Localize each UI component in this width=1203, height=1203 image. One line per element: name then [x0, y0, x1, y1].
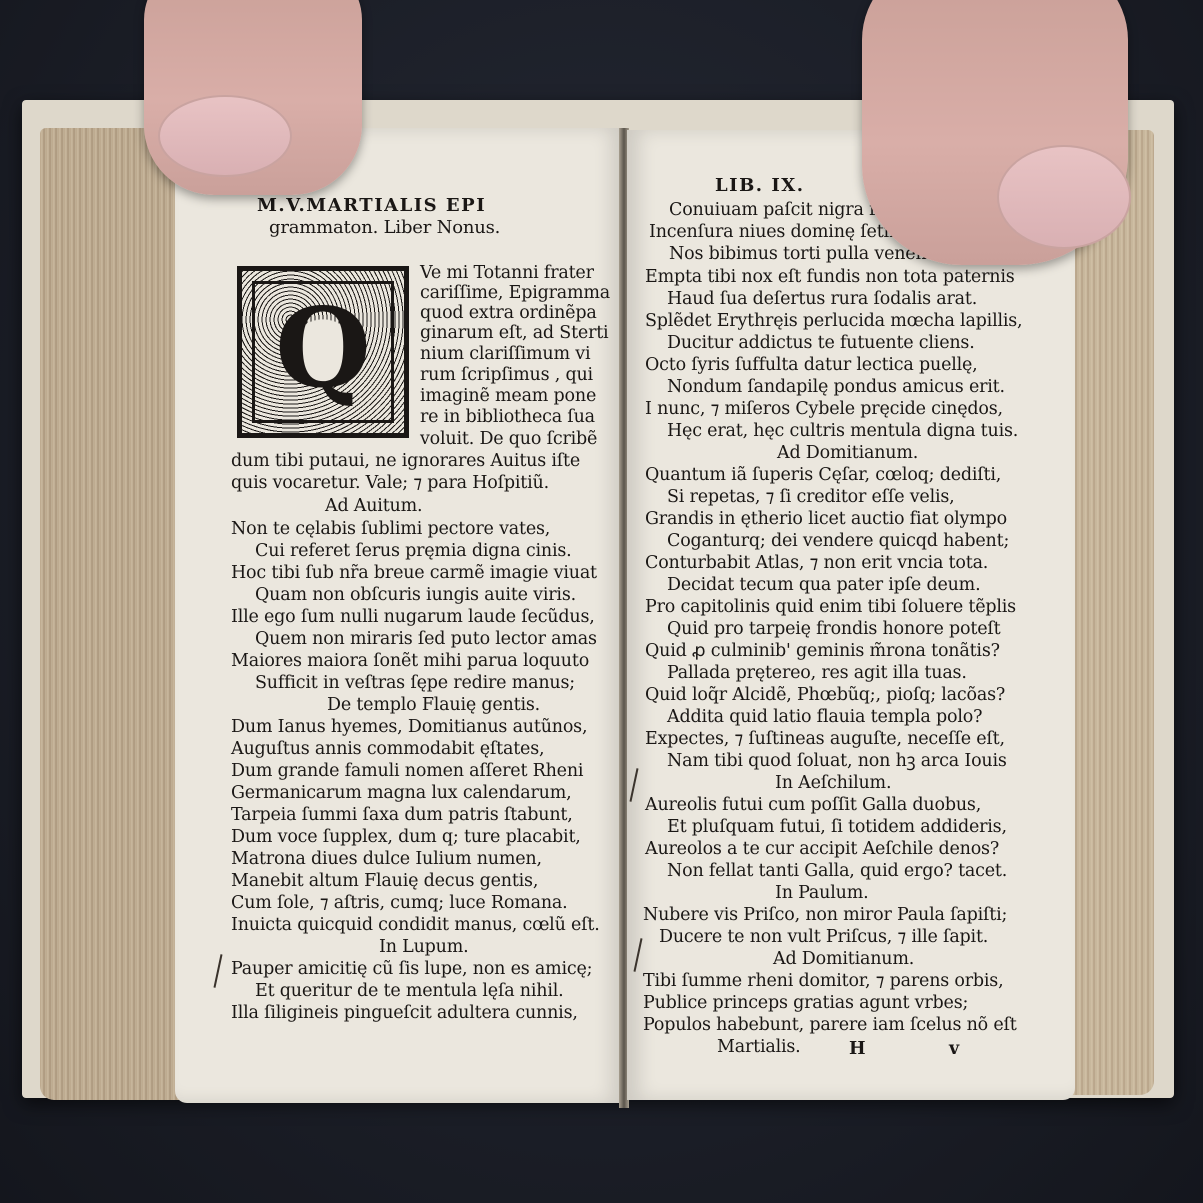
pencil-mark	[629, 768, 638, 802]
decorated-initial: Q	[237, 266, 409, 438]
verse-line: Coganturq; dei vendere quicqd habent;	[667, 531, 1009, 551]
verse-line: Addita quid latio flauia templa polo?	[667, 707, 982, 727]
section-heading: In Aeſchilum.	[775, 773, 891, 793]
book-title: grammaton. Liber Nonus.	[269, 218, 500, 238]
verse-line: Quantum iã ſuperis Cęſar, cœloq; dediſti…	[645, 465, 1001, 485]
section-heading: Ad Domitianum.	[777, 443, 918, 463]
verse-line: Dum Ianus hyemes, Domitianus autũnos,	[231, 717, 587, 737]
verse-line: Cum ſole, ⁊ aſtris, cumq; luce Romana.	[231, 893, 568, 913]
left-page-edges	[40, 128, 180, 1100]
verse-line: Maiores maiora ſonẽt mihi parua loquuto	[231, 651, 589, 671]
right-page-edges	[1072, 130, 1154, 1095]
left-finger	[144, 0, 362, 195]
text-line: quod extra ordinẽpa	[420, 303, 597, 323]
catchword: Martialis.	[717, 1037, 801, 1057]
verse-line: Tarpeia ſummi ſaxa dum patris ſtabunt,	[231, 805, 573, 825]
left-page: M.V.MARTIALIS EPI grammaton. Liber Nonus…	[175, 128, 623, 1103]
running-title: M.V.MARTIALIS EPI	[257, 196, 486, 216]
verse-line: Expectes, ⁊ ſuſtineas auguſte, neceſſe e…	[645, 729, 1005, 749]
text-line: nium clariſſimum vi	[420, 344, 590, 364]
verse-line: Et queritur de te mentula lęſa nihil.	[255, 981, 564, 1001]
verse-line: Tibi ſumme rheni domitor, ⁊ parens orbis…	[643, 971, 1003, 991]
verse-line: Illa ſiligineis pingueſcit adultera cunn…	[231, 1003, 578, 1023]
verse-line: Pallada prętereo, res agit illa tuas.	[667, 663, 967, 683]
verse-line: Sufficit in veſtras ſępe redire manus;	[255, 673, 575, 693]
right-page: LIB. IX. LXXX. Conuiuam paſcit nigra far…	[627, 130, 1075, 1100]
verse-line: Empta tibi nox eſt fundis non tota pater…	[645, 267, 1015, 287]
verse-line: Dum grande famuli nomen aſſeret Rheni	[231, 761, 583, 781]
verse-line: Ducitur addictus te futuente cliens.	[667, 333, 975, 353]
verse-line: I nunc, ⁊ miſeros Cybele pręcide cinędos…	[645, 399, 1003, 419]
verse-line: Dum voce ſupplex, dum q; ture placabit,	[231, 827, 581, 847]
pencil-mark	[213, 954, 222, 988]
text-line: quis vocaretur. Vale; ⁊ para Hoſpitiũ.	[231, 473, 549, 493]
verse-line: Quid pro tarpeię frondis honore poteſt	[667, 619, 1000, 639]
verse-line: Pauper amicitię cũ ſis lupe, non es amic…	[231, 959, 592, 979]
verse-line: Non fellat tanti Galla, quid ergo? tacet…	[667, 861, 1007, 881]
right-finger	[862, 0, 1128, 265]
verse-line: Ille ego ſum nulli nugarum laude ſecũdus…	[231, 607, 595, 627]
verse-line: Ducere te non vult Priſcus, ⁊ ille ſapit…	[659, 927, 988, 947]
verse-line: Et pluſquam futui, ſi totidem addideris,	[667, 817, 1007, 837]
verse-line: Pro capitolinis quid enim tibi ſoluere t…	[645, 597, 1016, 617]
verse-line: Grandis in ętherio licet auctio fiat oly…	[645, 509, 1007, 529]
text-line: ginarum eſt, ad Sterti	[420, 323, 608, 343]
signature-number: v	[949, 1039, 959, 1059]
verse-line: Populos habebunt, parere iam ſcelus nõ e…	[643, 1015, 1017, 1035]
verse-line: Conturbabit Atlas, ⁊ non erit vncia tota…	[645, 553, 988, 573]
pencil-mark	[633, 938, 642, 972]
section-heading: In Paulum.	[775, 883, 868, 903]
verse-line: Haud ſua deſertus rura ſodalis arat.	[667, 289, 977, 309]
verse-line: Quam non obſcuris iungis auite viris.	[255, 585, 576, 605]
text-line: Ve mi Totanni frater	[420, 263, 594, 283]
verse-line: Quem non miraris ſed puto lector amas	[255, 629, 597, 649]
section-heading: In Lupum.	[379, 937, 468, 957]
verse-line: Aureolis futui cum poſſit Galla duobus,	[645, 795, 981, 815]
verse-line: Splẽdet Erythręis perlucida mœcha lapill…	[645, 311, 1022, 331]
section-heading: Ad Auitum.	[325, 496, 422, 516]
verse-line: Quid loq̃r Alcidẽ, Phœbũq;, pioſq; lacõa…	[645, 685, 1005, 705]
verse-line: Auguſtus annis commodabit ęſtates,	[231, 739, 544, 759]
verse-line: Nubere vis Priſco, non miror Paula ſapiſ…	[643, 905, 1007, 925]
text-line: rum ſcripſimus , qui	[420, 365, 593, 385]
verse-line: Aureolos a te cur accipit Aeſchile denos…	[645, 839, 999, 859]
verse-line: Octo ſyris ſuffulta datur lectica puellę…	[645, 355, 978, 375]
running-title-left: LIB. IX.	[715, 176, 804, 196]
verse-line: Publice princeps gratias agunt vrbes;	[643, 993, 968, 1013]
verse-line: Non te cęlabis ſublimi pectore vates,	[231, 519, 550, 539]
verse-line: Hęc erat, hęc cultris mentula digna tuis…	[667, 421, 1018, 441]
verse-line: Decidat tecum qua pater ipſe deum.	[667, 575, 980, 595]
text-line: cariſſime, Epigramma	[420, 283, 610, 303]
verse-line: Matrona diues dulce Iulium numen,	[231, 849, 542, 869]
verse-line: Quid ꝓ culminib' geminis m̃rona tonãtis?	[645, 641, 1000, 661]
text-line: voluit. De quo ſcribẽ	[420, 429, 597, 449]
verse-line: Nondum ſandapilę pondus amicus erit.	[667, 377, 1005, 397]
section-heading: De templo Flauię gentis.	[327, 695, 540, 715]
verse-line: Germanicarum magna lux calendarum,	[231, 783, 572, 803]
verse-line: Si repetas, ⁊ ſi creditor eſſe velis,	[667, 487, 955, 507]
signature-mark: H	[849, 1039, 865, 1059]
text-line: imaginẽ meam pone	[420, 386, 596, 406]
verse-line: Inuicta quicquid condidit manus, cœlũ eſ…	[231, 915, 600, 935]
verse-line: Manebit altum Flauię decus gentis,	[231, 871, 538, 891]
initial-letter-icon: Q	[242, 283, 404, 412]
verse-line: Nam tibi quod ſoluat, non hꝫ arca Iouis	[667, 751, 1007, 771]
verse-line: Hoc tibi ſub nr̃a breue carmẽ imagie viu…	[231, 563, 597, 583]
verse-line: Cui referet ſerus pręmia digna cinis.	[255, 541, 572, 561]
text-line: dum tibi putaui, ne ignorares Auitus iſt…	[231, 451, 580, 471]
text-line: re in bibliotheca ſua	[420, 407, 595, 427]
section-heading: Ad Domitianum.	[773, 949, 914, 969]
